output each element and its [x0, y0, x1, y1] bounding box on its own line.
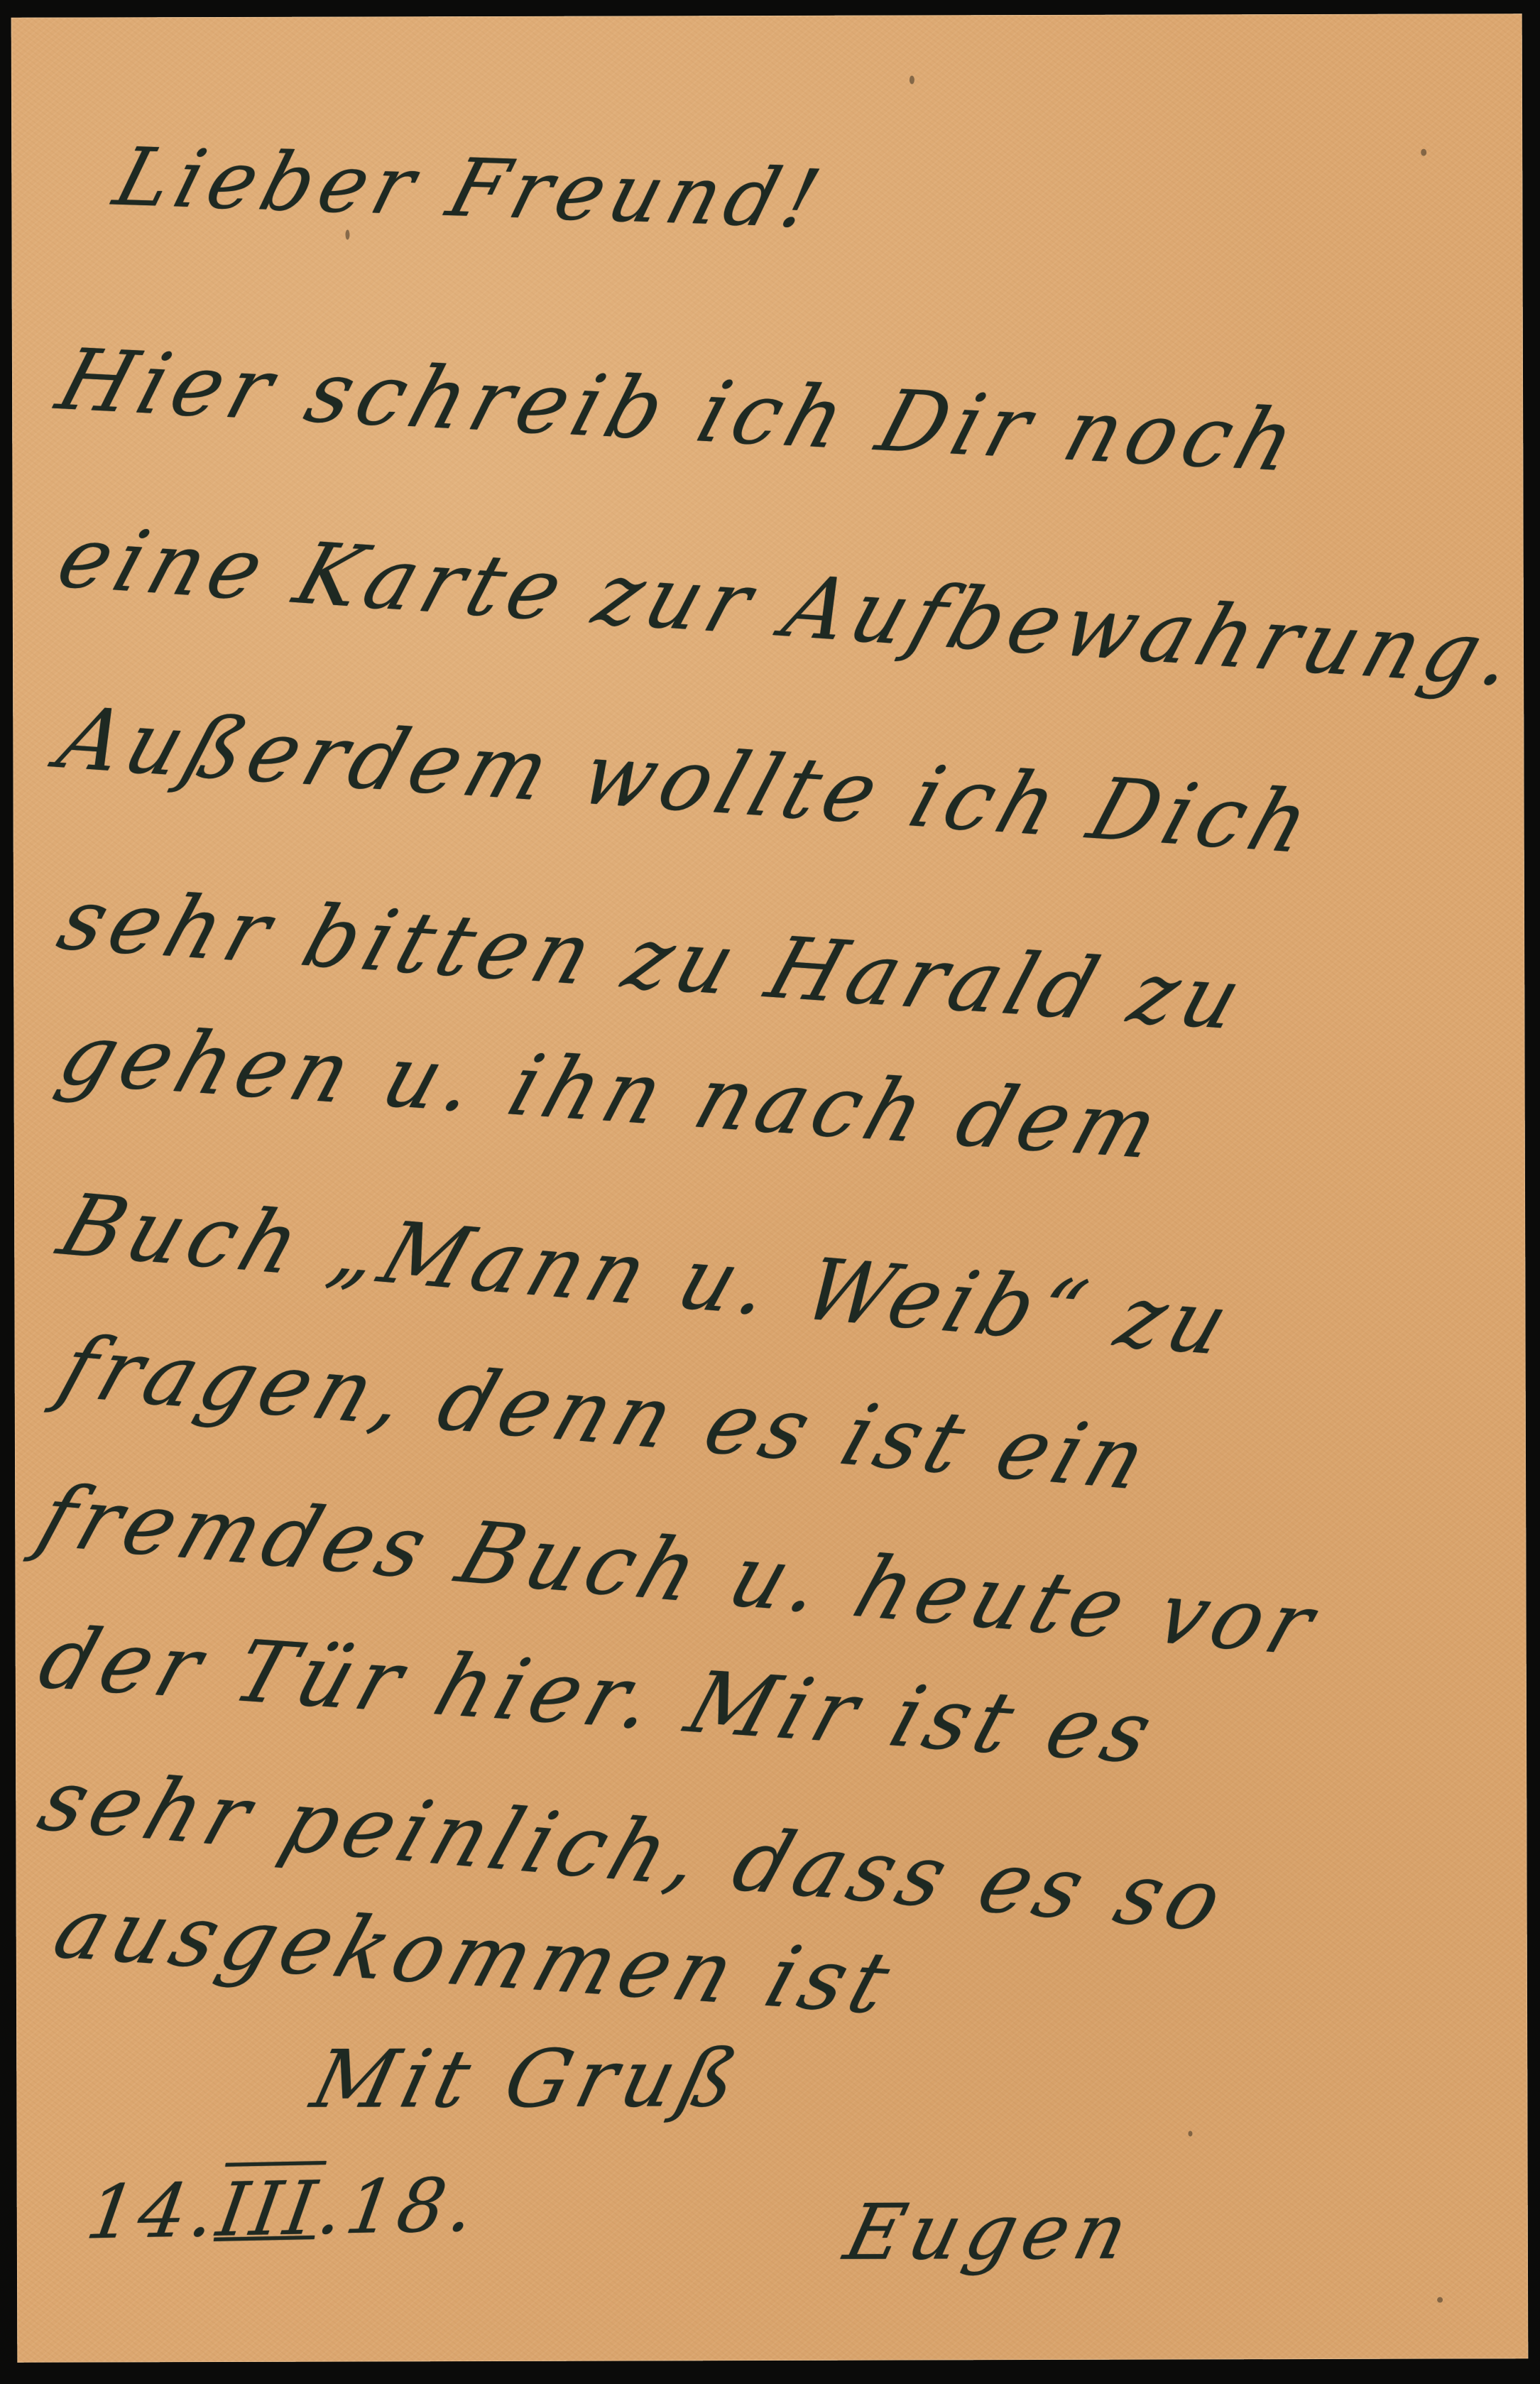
closing: Mit Gruß [303, 2032, 753, 2126]
paper-speck [1421, 149, 1426, 156]
paper-speck [1437, 2297, 1443, 2303]
paper-speck [345, 230, 349, 240]
date: 14.III.18. [81, 2162, 484, 2256]
body-line-3: Außerdem wollte ich Dich [48, 689, 1328, 872]
signature: Eugen [836, 2188, 1143, 2277]
paper-speck [910, 75, 914, 84]
date-month-roman: III [212, 2165, 326, 2253]
date-day: 14. [81, 2167, 225, 2256]
paper-speck [1188, 2130, 1192, 2136]
body-line-2: eine Karte zur Aufbewahrung. [47, 508, 1534, 705]
postcard: Lieber Freund! Hier schreib ich Dir noch… [11, 13, 1529, 2363]
greeting: Lieber Freund! [105, 131, 836, 246]
date-year: .18. [312, 2162, 484, 2251]
body-line-1: Hier schreib ich Dir noch [47, 330, 1313, 491]
